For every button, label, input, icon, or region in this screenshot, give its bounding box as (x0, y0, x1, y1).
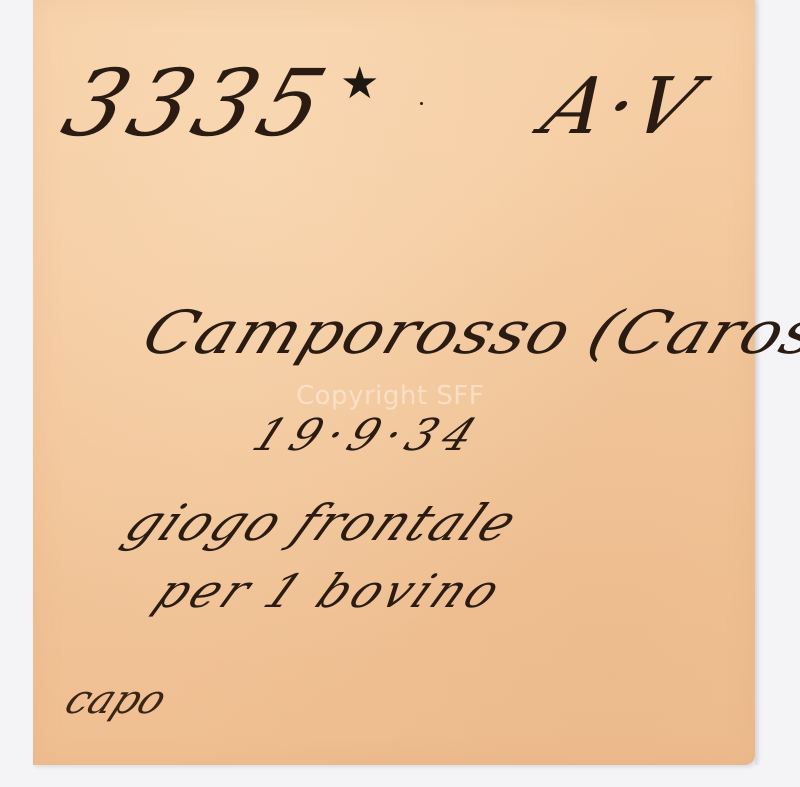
habitat-line-2: per 1 bovino (148, 568, 513, 614)
catalog-number: 3335 (53, 58, 341, 150)
collection-date: 19·9·34 (246, 414, 490, 458)
paper-edge-shadow (755, 0, 761, 765)
locality-text: Camporosso (Carossio) (135, 303, 800, 362)
bottom-annotation: capo (59, 680, 173, 720)
habitat-line-1: giogo frontale (117, 498, 528, 548)
collector-initials: A·V (532, 68, 713, 146)
star-mark-icon: ★ (340, 62, 379, 106)
ink-dot (420, 102, 423, 105)
copyright-watermark: Copyright SFF (296, 381, 484, 411)
